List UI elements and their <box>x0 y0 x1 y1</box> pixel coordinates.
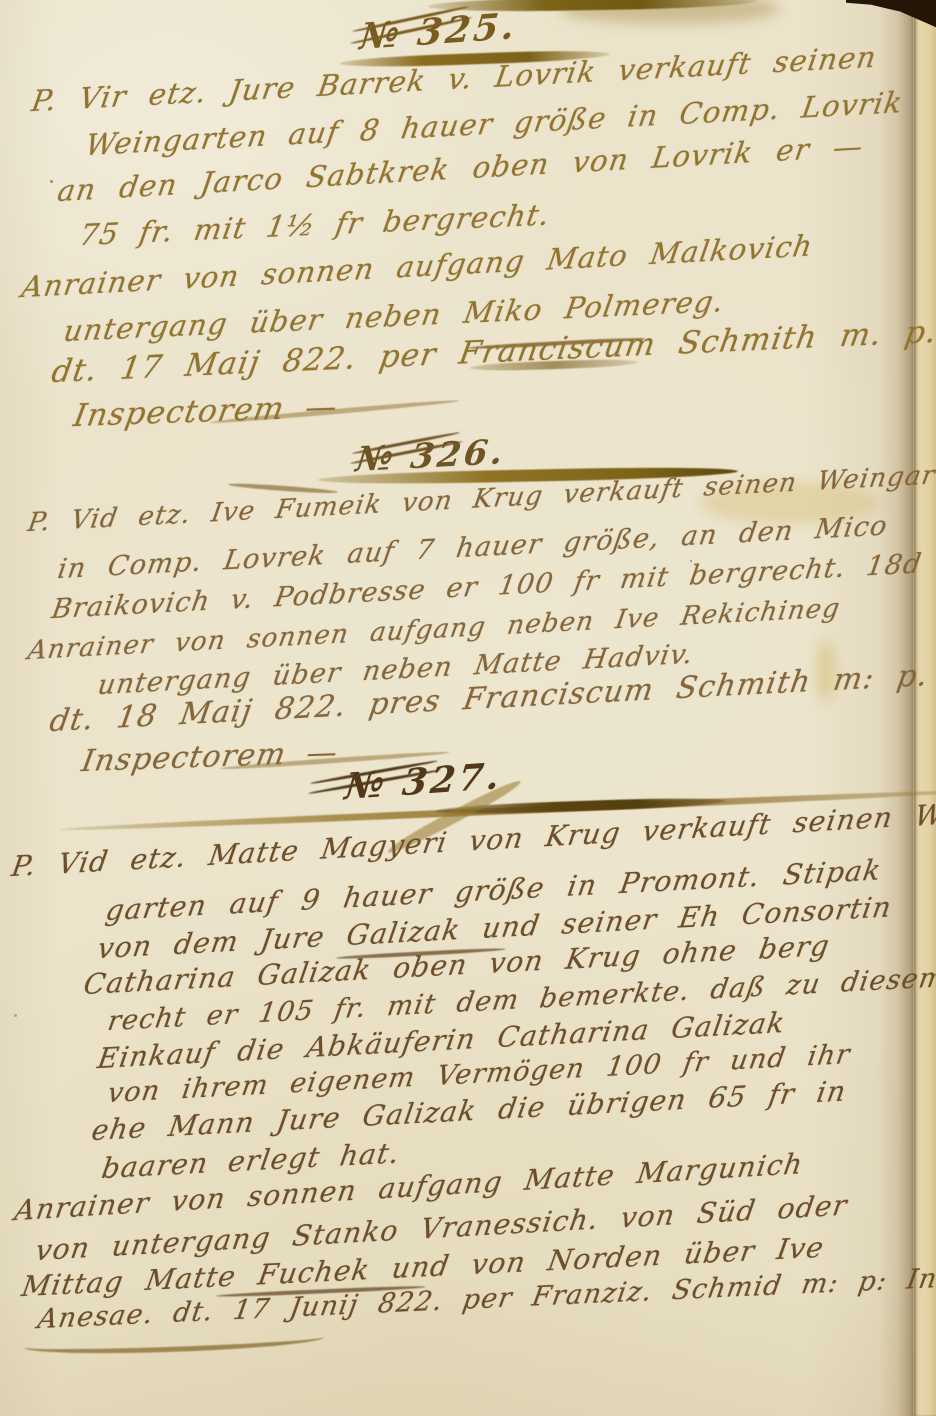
manuscript-photo: № 325. P. Vir etz. Jure Barrek v. Lovrik… <box>0 0 936 1416</box>
page-fold-shadow <box>878 0 914 1416</box>
next-page-edge <box>914 0 936 1416</box>
paper-speck <box>50 180 53 183</box>
paper-speck <box>14 1014 17 1017</box>
